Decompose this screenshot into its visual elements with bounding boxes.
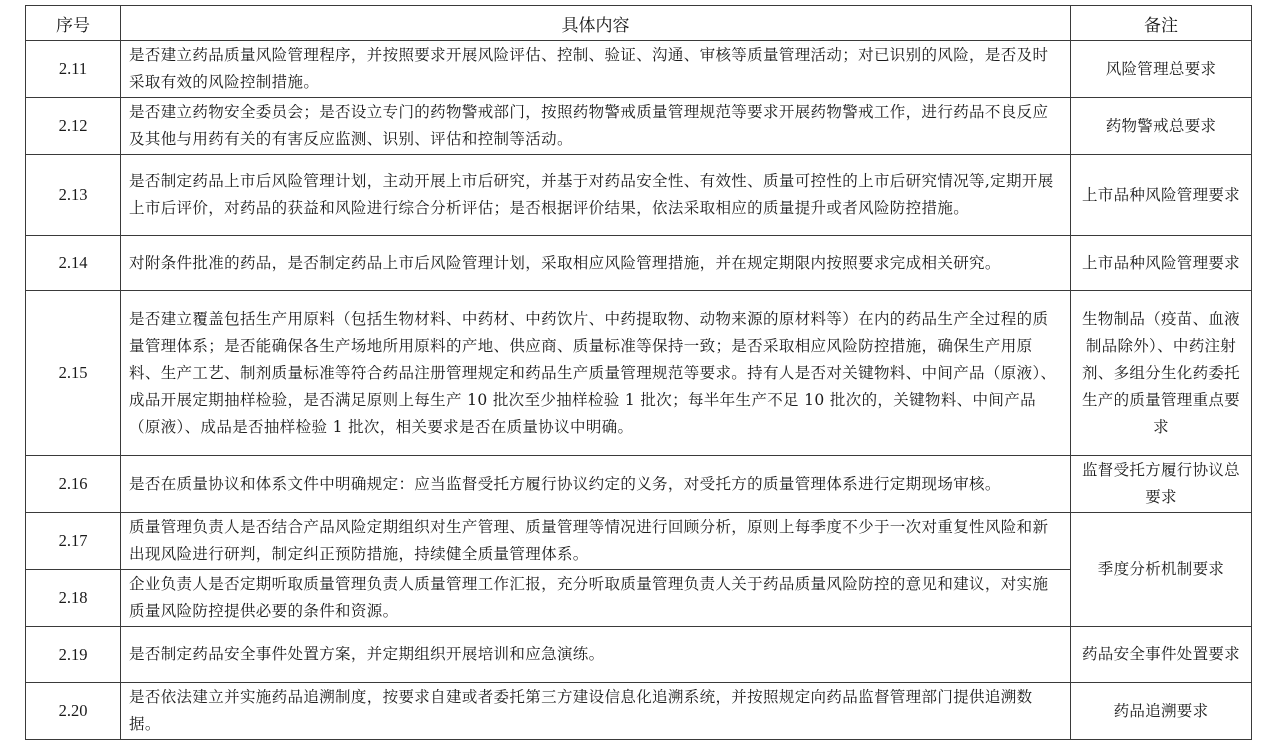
row-remark-merged: 季度分析机制要求 xyxy=(1071,513,1252,627)
row-number: 2.13 xyxy=(26,155,121,236)
header-content: 具体内容 xyxy=(121,6,1071,41)
table-row: 2.14 对附条件批准的药品，是否制定药品上市后风险管理计划，采取相应风险管理措… xyxy=(26,236,1252,291)
row-remark: 药品安全事件处置要求 xyxy=(1071,627,1252,683)
row-content: 是否在质量协议和体系文件中明确规定：应当监督受托方履行协议约定的义务，对受托方的… xyxy=(121,456,1071,513)
row-number: 2.11 xyxy=(26,41,121,98)
table-row: 2.19 是否制定药品安全事件处置方案，并定期组织开展培训和应急演练。 药品安全… xyxy=(26,627,1252,683)
header-serial-number: 序号 xyxy=(26,6,121,41)
table-row: 2.11 是否建立药品质量风险管理程序，并按照要求开展风险评估、控制、验证、沟通… xyxy=(26,41,1252,98)
row-number: 2.14 xyxy=(26,236,121,291)
row-number: 2.17 xyxy=(26,513,121,570)
row-remark: 风险管理总要求 xyxy=(1071,41,1252,98)
row-number: 2.19 xyxy=(26,627,121,683)
row-remark: 药物警戒总要求 xyxy=(1071,98,1252,155)
row-remark: 上市品种风险管理要求 xyxy=(1071,236,1252,291)
row-content: 对附条件批准的药品，是否制定药品上市后风险管理计划，采取相应风险管理措施，并在规… xyxy=(121,236,1071,291)
table-row: 2.18 企业负责人是否定期听取质量管理负责人质量管理工作汇报，充分听取质量管理… xyxy=(26,570,1252,627)
table-header-row: 序号 具体内容 备注 xyxy=(26,6,1252,41)
row-number: 2.20 xyxy=(26,683,121,738)
row-content: 企业负责人是否定期听取质量管理负责人质量管理工作汇报，充分听取质量管理负责人关于… xyxy=(121,570,1071,627)
row-remark: 生物制品（疫苗、血液制品除外）、中药注射剂、多组分生化药委托生产的质量管理重点要… xyxy=(1071,291,1252,456)
row-number: 2.18 xyxy=(26,570,121,627)
row-content: 是否建立药品质量风险管理程序，并按照要求开展风险评估、控制、验证、沟通、审核等质… xyxy=(121,41,1071,98)
row-content: 是否建立覆盖包括生产用原料（包括生物材料、中药材、中药饮片、中药提取物、动物来源… xyxy=(121,291,1071,456)
table-row: 2.13 是否制定药品上市后风险管理计划，主动开展上市后研究，并基于对药品安全性… xyxy=(26,155,1252,236)
table-row: 2.16 是否在质量协议和体系文件中明确规定：应当监督受托方履行协议约定的义务，… xyxy=(26,456,1252,513)
table-row: 2.17 质量管理负责人是否结合产品风险定期组织对生产管理、质量管理等情况进行回… xyxy=(26,513,1252,570)
table-row: 2.15 是否建立覆盖包括生产用原料（包括生物材料、中药材、中药饮片、中药提取物… xyxy=(26,291,1252,456)
row-content: 质量管理负责人是否结合产品风险定期组织对生产管理、质量管理等情况进行回顾分析，原… xyxy=(121,513,1071,570)
row-content: 是否依法建立并实施药品追溯制度，按要求自建或者委托第三方建设信息化追溯系统，并按… xyxy=(121,683,1071,738)
row-content: 是否制定药品上市后风险管理计划，主动开展上市后研究，并基于对药品安全性、有效性、… xyxy=(121,155,1071,236)
requirements-table: 序号 具体内容 备注 2.11 是否建立药品质量风险管理程序，并按照要求开展风险… xyxy=(25,5,1252,737)
table-row: 2.12 是否建立药物安全委员会；是否设立专门的药物警戒部门，按照药物警戒质量管… xyxy=(26,98,1252,155)
row-content: 是否制定药品安全事件处置方案，并定期组织开展培训和应急演练。 xyxy=(121,627,1071,683)
row-number: 2.15 xyxy=(26,291,121,456)
row-remark: 上市品种风险管理要求 xyxy=(1071,155,1252,236)
table-row: 2.20 是否依法建立并实施药品追溯制度，按要求自建或者委托第三方建设信息化追溯… xyxy=(26,683,1252,738)
row-remark: 药品追溯要求 xyxy=(1071,683,1252,738)
row-content: 是否建立药物安全委员会；是否设立专门的药物警戒部门，按照药物警戒质量管理规范等要… xyxy=(121,98,1071,155)
row-number: 2.12 xyxy=(26,98,121,155)
row-number: 2.16 xyxy=(26,456,121,513)
header-remarks: 备注 xyxy=(1071,6,1252,41)
row-remark: 监督受托方履行协议总要求 xyxy=(1071,456,1252,513)
